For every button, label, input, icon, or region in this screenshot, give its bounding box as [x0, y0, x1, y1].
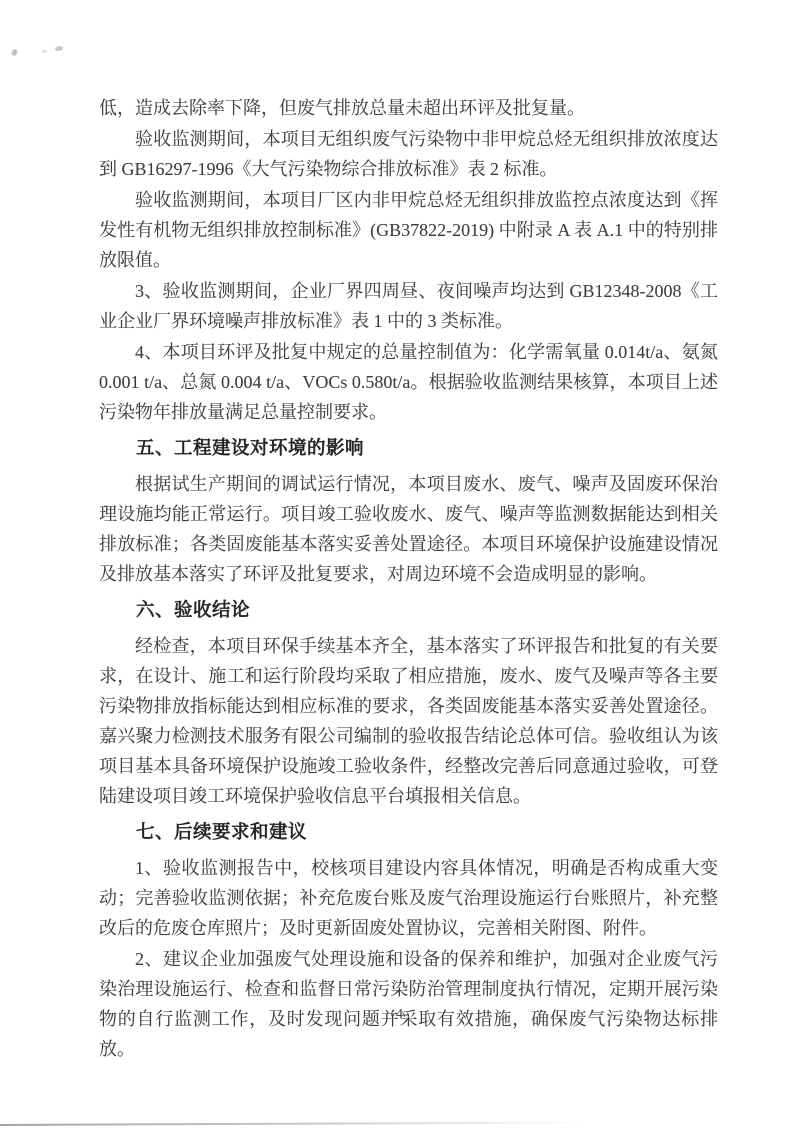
paragraph-section-6-body: 经检查，本项目环保手续基本齐全，基本落实了环评报告和批复的有关要求，在设计、施工…	[99, 631, 718, 811]
scan-edge-artifact	[0, 1121, 587, 1126]
document-body: 低，造成去除率下降，但废气排放总量未超出环评及批复量。 验收监测期间，本项目无组…	[99, 93, 718, 1065]
paragraph-continuation: 低，造成去除率下降，但废气排放总量未超出环评及批复量。	[99, 93, 718, 123]
scan-speck	[55, 46, 63, 51]
page-footer: -4-	[0, 1005, 800, 1023]
scanned-document-page: 低，造成去除率下降，但废气排放总量未超出环评及批复量。 验收监测期间，本项目无组…	[0, 0, 800, 1131]
scan-speck	[42, 50, 47, 53]
page-number: -4-	[390, 1007, 409, 1022]
paragraph-fugitive-emission-standard: 验收监测期间，本项目无组织废气污染物中非甲烷总烃无组织排放浓度达到 GB1629…	[99, 124, 718, 184]
paragraph-item-3-noise: 3、验收监测期间，企业厂界四周昼、夜间噪声均达到 GB12348-2008《工业…	[99, 276, 718, 336]
heading-section-7-follow-up-requirements: 七、后续要求和建议	[99, 818, 718, 848]
paragraph-section-7-item-1: 1、验收监测报告中，校核项目建设内容具体情况，明确是否构成重大变动；完善验收监测…	[99, 853, 718, 943]
paragraph-item-4-total-control: 4、本项目环评及批复中规定的总量控制值为：化学需氧量 0.014t/a、氨氮 0…	[99, 337, 718, 427]
paragraph-section-5-body: 根据试生产期间的调试运行情况，本项目废水、废气、噪声及固废环保治理设施均能正常运…	[99, 469, 718, 589]
paragraph-voc-control-standard: 验收监测期间，本项目厂区内非甲烷总烃无组织排放监控点浓度达到《挥发性有机物无组织…	[99, 185, 718, 275]
heading-section-5-environment-impact: 五、工程建设对环境的影响	[99, 434, 718, 464]
heading-section-6-acceptance-conclusion: 六、验收结论	[99, 596, 718, 626]
scan-speck	[11, 48, 18, 56]
paragraph-section-7-item-2: 2、建议企业加强废气处理设施和设备的保养和维护，加强对企业废气污染治理设施运行、…	[99, 944, 718, 1064]
